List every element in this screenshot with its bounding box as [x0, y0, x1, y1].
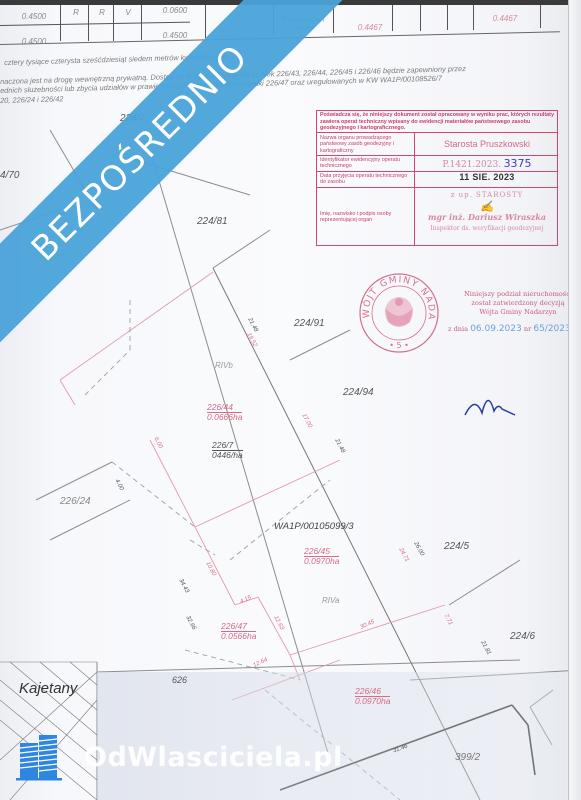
- soil-class-rivb: RIVb: [215, 361, 233, 370]
- cert-label: Identyfikator ewidencyjny operatu techni…: [320, 157, 412, 170]
- parcel-area: 0.0666ha: [207, 413, 242, 422]
- parcel-226-24: 226/24: [60, 496, 91, 507]
- parcel-224-70: 4/70: [0, 170, 19, 181]
- approval-nr-prefix: nr: [524, 325, 531, 333]
- scanned-document: 0.4500 R R V 0.0600 0.4500 0.4500 Razem …: [0, 0, 581, 800]
- parcel-226-7: 226/7 0446/ha: [212, 441, 243, 460]
- parcel-224-5: 224/5: [444, 541, 469, 552]
- approval-note: Niniejszy podział nieruchomości został z…: [448, 290, 581, 334]
- parcel-224-6: 224/6: [510, 631, 535, 642]
- logo-text: OdWlasciciela.pl: [84, 742, 343, 773]
- certification-stamp: Poświadcza się, że niniejszy dokument zo…: [316, 110, 558, 246]
- parcel-399-2: 399/2: [455, 752, 480, 763]
- site-logo[interactable]: OdWlasciciela.pl: [16, 733, 343, 781]
- parcel-226-44: 226/44 0.0666ha: [207, 403, 242, 422]
- approval-line: Niniejszy podział nieruchomości: [448, 290, 581, 299]
- cert-label: Data przyjęcia operatu technicznego do z…: [320, 173, 412, 186]
- approval-number: 65/2023: [533, 324, 570, 334]
- signature-icon: ✍: [417, 201, 557, 212]
- place-name-kajetany: Kajetany: [19, 680, 77, 697]
- cert-label: Imię, nazwisko i podpis osoby reprezentu…: [320, 211, 412, 224]
- parcel-226-45: 226/45 0.0970ha: [304, 547, 339, 566]
- parcel-area: 0.0566ha: [221, 632, 256, 641]
- approval-line: został zatwierdzony decyzją: [448, 299, 581, 308]
- parcel-626: 626: [172, 675, 187, 685]
- approval-date-prefix: z dnia: [448, 325, 468, 333]
- cert-row-date: Data przyjęcia operatu technicznego do z…: [317, 171, 557, 188]
- parcel-area: 0.0970ha: [304, 557, 339, 566]
- parcel-224-91: 224/91: [294, 318, 325, 329]
- parcel-226-47: 226/47 0.0566ha: [221, 622, 256, 641]
- land-register-number: WA1P/00105099/3: [274, 521, 354, 532]
- cert-row-identifier: Identyfikator ewidencyjny operatu techni…: [317, 155, 557, 172]
- cert-signatory: mgr inż. Dariusz Wiraszka: [417, 212, 557, 223]
- parcel-224-94: 224/94: [343, 387, 374, 398]
- cert-signatory-title: Inspektor ds. weryfikacji geodezyjnej: [417, 223, 557, 234]
- cert-row-signature: Imię, nazwisko i podpis osoby reprezentu…: [317, 187, 557, 245]
- approval-date: 06.09.2023: [470, 324, 522, 334]
- cert-id-handwritten: 3375: [504, 157, 532, 170]
- svg-text:• 5 •: • 5 •: [389, 341, 409, 350]
- parcel-area: 0446/ha: [212, 451, 243, 460]
- eagle-emblem-icon: [385, 297, 413, 327]
- buildings-icon: [16, 733, 62, 781]
- scan-right-edge: [568, 0, 581, 800]
- parcel-224-81: 224/81: [197, 216, 228, 227]
- cert-date: 11 SIE. 2023: [417, 172, 557, 182]
- soil-class-riva: RIVa: [322, 596, 340, 605]
- cert-label: Nazwa organu prowadzącego państwowy zasó…: [320, 135, 412, 154]
- certification-header: Poświadcza się, że niniejszy dokument zo…: [317, 111, 557, 133]
- cert-id-prefix: P.1421.2023.: [442, 160, 501, 170]
- approval-line: Wójta Gminy Nadarzyn: [448, 308, 581, 317]
- cert-value: Starosta Pruszkowski: [417, 139, 557, 149]
- municipal-seal: WÓJT GMINY NADARZYN • 5 •: [358, 272, 440, 354]
- approval-signature-icon: [460, 385, 520, 425]
- parcel-224-7: 224/7: [120, 113, 145, 124]
- parcel-226-46: 226/46 0.0970ha: [355, 687, 390, 706]
- parcel-area: 0.0970ha: [355, 697, 390, 706]
- cert-row-authority: Nazwa organu prowadzącego państwowy zasó…: [317, 133, 557, 156]
